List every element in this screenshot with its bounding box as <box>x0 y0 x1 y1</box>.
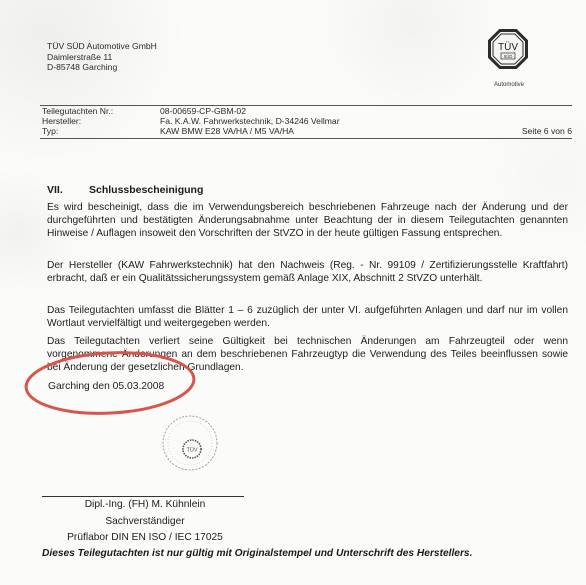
paragraph-manufacturer: Der Hersteller (KAW Fahrwerkstechnik) ha… <box>47 259 568 285</box>
paragraph-certification: Es wird bescheinigt, dass die im Verwend… <box>47 201 568 240</box>
header-rule-bottom <box>40 138 572 139</box>
sender-company: TÜV SÜD Automotive GmbH <box>47 41 157 52</box>
sender-street: Daimlerstraße 11 <box>47 52 157 63</box>
page-number: Seite 6 von 6 <box>522 126 572 136</box>
tuv-sud-logo-icon: TÜV SÜD <box>487 28 529 70</box>
signature-lab: Prüflabor DIN EN ISO / IEC 17025 <box>40 532 250 543</box>
sender-address: TÜV SÜD Automotive GmbH Daimlerstraße 11… <box>47 41 157 73</box>
meta-value-manufacturer: Fa. K.A.W. Fahrwerkstechnik, D-34246 Vel… <box>160 116 340 126</box>
official-stamp-icon: TÜV <box>160 413 220 473</box>
logo-caption: Automotive <box>487 82 531 88</box>
highlight-ellipse <box>22 345 198 417</box>
section-title: Schlussbescheinigung <box>89 184 203 196</box>
meta-value-report-no: 08-00659-CP-GBM-02 <box>160 106 246 116</box>
signature-role: Sachverständiger <box>40 516 250 527</box>
svg-text:TÜV: TÜV <box>498 41 518 53</box>
section-number: VII. <box>47 184 89 196</box>
meta-label-manufacturer: Hersteller: <box>42 116 81 126</box>
section-heading: VII.Schlussbescheinigung <box>47 184 203 196</box>
svg-text:TÜV: TÜV <box>187 447 198 454</box>
meta-label-report-no: Teilegutachten Nr.: <box>42 106 113 116</box>
paragraph-scope: Das Teilegutachten umfasst die Blätter 1… <box>47 304 568 330</box>
sender-city: D-85748 Garching <box>47 62 157 73</box>
meta-value-type: KAW BMW E28 VA/HA / M5 VA/HA <box>160 126 294 136</box>
document-page: TÜV SÜD Automotive GmbH Daimlerstraße 11… <box>0 0 586 585</box>
meta-label-type: Typ: <box>42 126 58 136</box>
disclaimer: Dieses Teilegutachten ist nur gültig mit… <box>42 548 472 559</box>
svg-text:SÜD: SÜD <box>504 54 513 59</box>
signature-name: Dipl.-Ing. (FH) M. Kühnlein <box>40 499 250 510</box>
signature-line <box>42 496 244 497</box>
header-rule-top <box>40 105 572 106</box>
